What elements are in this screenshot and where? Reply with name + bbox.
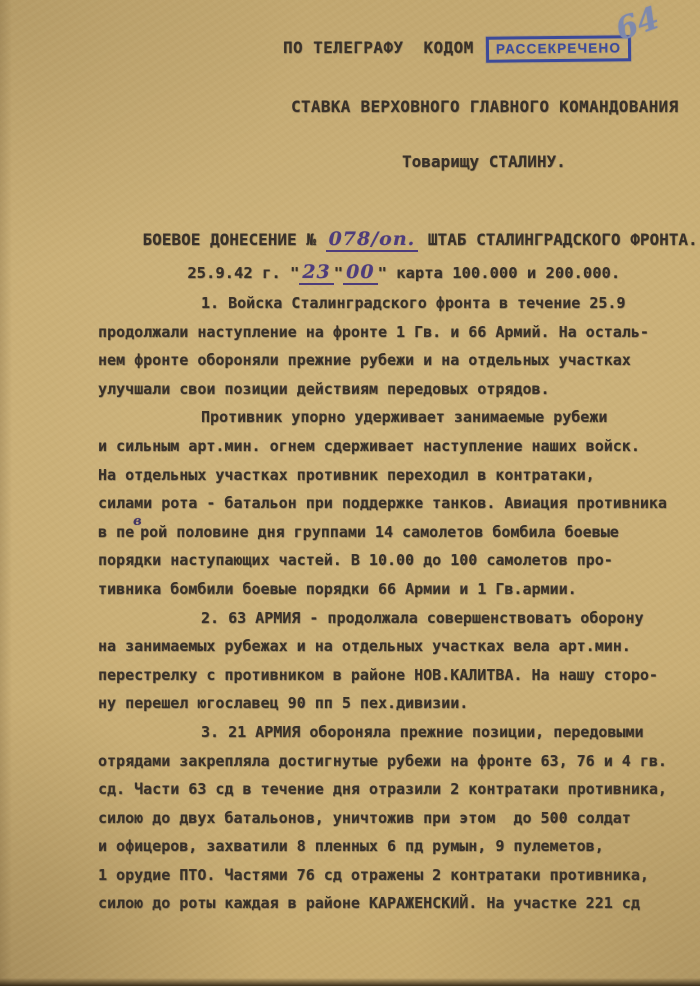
- body-line: сд. Части 63 сд в течение дня отразили 2…: [98, 780, 676, 809]
- body-line: и офицеров, захватили 8 пленных 6 пд рум…: [98, 837, 676, 866]
- maps-typed: " карта 100.000 и 200.000.: [378, 264, 621, 282]
- paper-left-edge-shading: [0, 0, 12, 986]
- typed-text: порядки наступающих частей. В 10.00 до 1…: [98, 551, 613, 569]
- document-scan-page: ПО ТЕЛЕГРАФУ КОДОМ РАССЕКРЕЧЕНО 64 СТАВК…: [0, 0, 700, 986]
- body-line: на занимаемых рубежах и на отдельных уча…: [98, 637, 676, 666]
- typed-text: тивника бомбили боевые порядки 66 Армии …: [98, 580, 577, 598]
- typed-text: силою до роты каждая в районе КАРАЖЕНСКИ…: [98, 894, 640, 912]
- stavka-headline: СТАВКА ВЕРХОВНОГО ГЛАВНОГО КОМАНДОВАНИЯ: [291, 97, 678, 116]
- typed-text: рой половине дня группами 14 самолетов б…: [140, 523, 619, 541]
- typed-text: 1. Войска Сталинградского фронта в течен…: [201, 294, 625, 312]
- typed-text: силами рота - батальон при поддержке тан…: [98, 494, 667, 512]
- declassified-stamp: РАССЕКРЕЧЕНО: [486, 35, 631, 63]
- hour-handwritten: 23: [299, 261, 333, 285]
- typed-text: перестрелку с противником в районе НОВ.К…: [98, 666, 658, 684]
- typed-text: улучшали свои позиции действиям передовы…: [98, 380, 550, 398]
- typed-text: ну перешел югославец 90 пп 5 пех.дивизии…: [98, 694, 468, 712]
- body-line: продолжали наступление на фронте 1 Гв. и…: [98, 323, 676, 352]
- body-line: 1. Войска Сталинградского фронта в течен…: [98, 294, 676, 323]
- typed-text: нем фронте обороняли прежние рубежи и на…: [98, 351, 631, 369]
- body-line: силою до двух батальонов, уничтожив при …: [98, 809, 676, 838]
- typed-text: 3. 21 АРМИЯ обороняла прежние позиции, п…: [201, 723, 644, 741]
- typed-text: 1 орудие ПТО. Частями 76 сд отражены 2 к…: [98, 866, 649, 884]
- minutes-handwritten: 00: [343, 261, 377, 285]
- body-line: тивника бомбили боевые порядки 66 Армии …: [98, 580, 676, 609]
- typed-text: Противник упорно удерживает занимаемые р…: [201, 408, 607, 426]
- body-line: нем фронте обороняли прежние рубежи и на…: [98, 351, 676, 380]
- date-quote: ": [334, 264, 343, 282]
- typed-text: продолжали наступление на фронте 1 Гв. и…: [98, 323, 649, 341]
- body-line: 3. 21 АРМИЯ обороняла прежние позиции, п…: [98, 723, 676, 752]
- body-line: отрядами закрепляла достигнутые рубежи н…: [98, 752, 676, 781]
- body-line: силою до роты каждая в районе КАРАЖЕНСКИ…: [98, 894, 676, 923]
- typed-text: и офицеров, захватили 8 пленных 6 пд рум…: [98, 837, 604, 855]
- typed-text: в пе: [98, 523, 134, 541]
- date-line: 25.9.42 г. "23"00" карта 100.000 и 200.0…: [150, 243, 620, 301]
- typed-text: На отдельных участках противник переходи…: [98, 466, 595, 484]
- paper-bottom-edge: [0, 978, 700, 986]
- body-line: перестрелку с противником в районе НОВ.К…: [98, 666, 676, 695]
- body-line: в певрой половине дня группами 14 самоле…: [98, 523, 676, 552]
- date-typed: 25.9.42 г. ": [187, 264, 299, 282]
- body-line: улучшали свои позиции действиям передовы…: [98, 380, 676, 409]
- typed-text: сд. Части 63 сд в течение дня отразили 2…: [98, 780, 667, 798]
- body-line: порядки наступающих частей. В 10.00 до 1…: [98, 551, 676, 580]
- handwritten-insert: в: [133, 514, 141, 529]
- typed-text: отрядами закрепляла достигнутые рубежи н…: [98, 752, 667, 770]
- body-line: и сильным арт.мин. огнем сдерживает наст…: [98, 437, 676, 466]
- document-body: 1. Войска Сталинградского фронта в течен…: [98, 294, 676, 923]
- body-line: силами рота - батальон при поддержке тан…: [98, 494, 676, 523]
- body-line: 2. 63 АРМИЯ - продолжала совершенствоват…: [98, 609, 676, 638]
- body-line: ну перешел югославец 90 пп 5 пех.дивизии…: [98, 694, 676, 723]
- body-line: 1 орудие ПТО. Частями 76 сд отражены 2 к…: [98, 866, 676, 895]
- body-line: На отдельных участках противник переходи…: [98, 466, 676, 495]
- transmission-method-line: ПО ТЕЛЕГРАФУ КОДОМ: [283, 38, 474, 57]
- body-line: Противник упорно удерживает занимаемые р…: [98, 408, 676, 437]
- typed-text: 2. 63 АРМИЯ - продолжала совершенствоват…: [201, 609, 644, 627]
- addressee-line: Товарищу СТАЛИНУ.: [402, 152, 566, 171]
- typed-text: и сильным арт.мин. огнем сдерживает наст…: [98, 437, 640, 455]
- typed-text: на занимаемых рубежах и на отдельных уча…: [98, 637, 631, 655]
- typed-text: силою до двух батальонов, уничтожив при …: [98, 809, 631, 827]
